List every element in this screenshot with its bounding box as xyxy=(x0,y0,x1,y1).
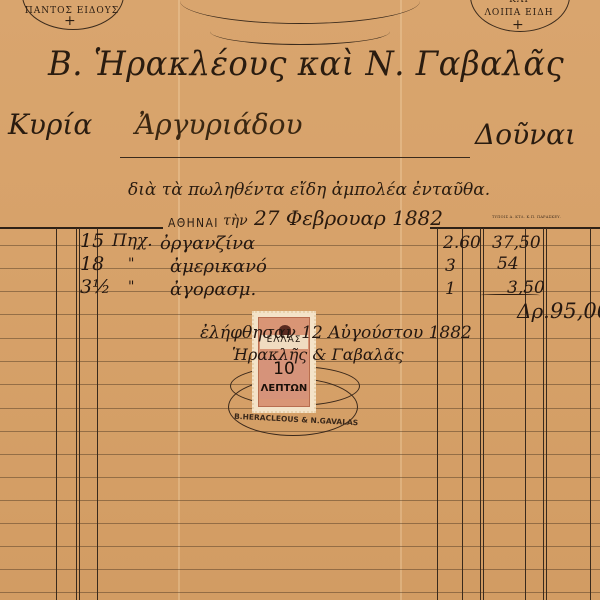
item-price: 2.60 xyxy=(443,233,481,253)
ledger-rule xyxy=(0,523,600,524)
date-value: 27 Φεβρουαρ 1882 xyxy=(254,206,443,230)
firm-name: Β. Ἡρακλέους καὶ Ν. Γαβαλᾶς xyxy=(48,44,564,84)
total-currency: Δρ. xyxy=(517,299,550,323)
item-price: 1 xyxy=(445,279,456,299)
customer-name: Ἀργυριάδου xyxy=(135,108,303,141)
table-top-rule xyxy=(0,227,163,229)
ledger-rule xyxy=(0,592,600,593)
place-label: ΑΘΗΝΑΙ xyxy=(168,216,219,230)
sum-squiggle xyxy=(480,294,540,297)
owes-label: Δοῦναι xyxy=(475,118,576,151)
column-divider xyxy=(462,228,463,600)
column-divider xyxy=(76,228,77,600)
stamp-denomination: ΛΕΠΤΩΝ xyxy=(254,383,314,394)
customer-underline xyxy=(120,157,470,158)
cross-ornament-icon: + xyxy=(512,17,524,33)
item-price: 3 xyxy=(445,256,456,276)
item-amount: 54 xyxy=(497,254,519,274)
item-description: ὀργανζίνα xyxy=(160,233,255,254)
printer-imprint: ΤΥΠΟΙΣ Α. ΚΤΛ. Κ.Π. ΠΑΡΑΣΚΕΥ. xyxy=(492,215,561,219)
table-top-rule xyxy=(430,227,600,229)
item-description: ἀμερικανό xyxy=(170,256,267,277)
column-divider xyxy=(590,228,591,600)
ledger-rule xyxy=(0,500,600,501)
invoice-date: τὴν 27 Φεβρουαρ 1882 xyxy=(223,206,443,230)
receipt-note: ἐλήφθησαν 12 Αὐγούστου 1882 xyxy=(200,323,472,343)
item-description: ἀγορασμ. xyxy=(170,279,256,300)
ledger-rule xyxy=(0,546,600,547)
receipt-signature: Ἡρακλῆς & Γαβαλᾶς xyxy=(232,345,404,364)
item-unit: Πηχ. xyxy=(112,231,153,251)
customer-salutation: Κυρία xyxy=(8,108,92,141)
ledger-rule xyxy=(0,477,600,478)
date-prefix: τὴν xyxy=(223,213,248,229)
ledger-rule xyxy=(0,454,600,455)
paper-fold-crease xyxy=(178,0,180,600)
column-divider xyxy=(56,228,57,600)
item-unit: " xyxy=(128,279,134,295)
column-divider xyxy=(437,228,438,600)
total-amount: 95,00 xyxy=(550,299,600,323)
column-divider xyxy=(483,228,484,600)
invoice-subtitle: διὰ τὰ πωληθέντα εἴδη ἀμπολέα ἐνταῦθα. xyxy=(128,180,490,200)
item-unit: " xyxy=(128,256,134,272)
column-divider xyxy=(480,228,481,600)
column-divider xyxy=(546,228,547,600)
right-oval-text-top: ΚΑΙ xyxy=(470,0,568,5)
cross-ornament-icon: + xyxy=(64,13,76,29)
flourish-ornament xyxy=(210,18,390,45)
ledger-rule xyxy=(0,569,600,570)
item-qty: 18 xyxy=(80,253,104,275)
item-amount: 37,50 xyxy=(492,233,541,253)
item-qty: 15 xyxy=(80,230,104,252)
paper-fold-crease xyxy=(400,0,402,600)
item-qty: 3½ xyxy=(80,276,111,298)
